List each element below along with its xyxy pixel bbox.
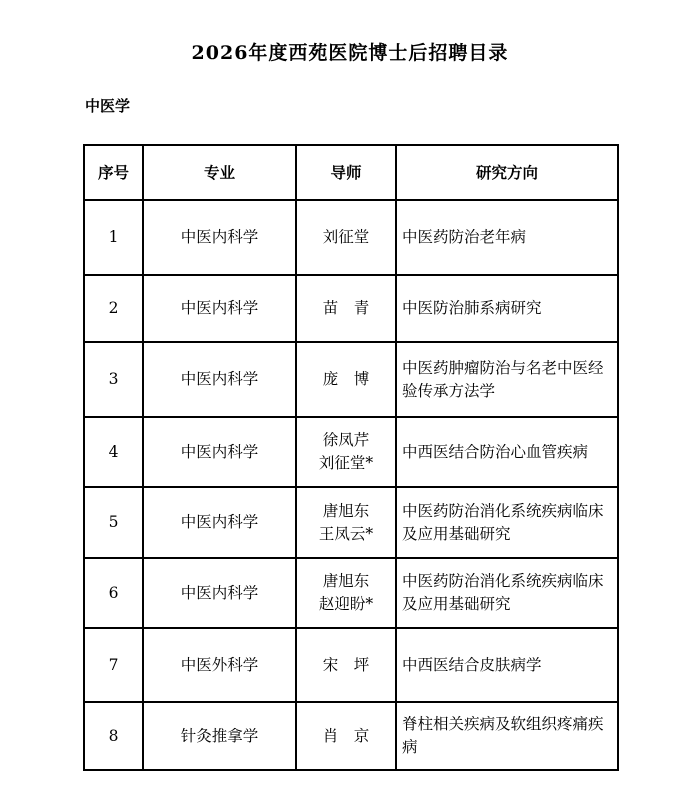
recruitment-table: 序号 专业 导师 研究方向 1 中医内科学 刘征堂 中医药防治老年病 2 中医内… — [83, 144, 619, 771]
cell-no: 8 — [84, 702, 143, 770]
cell-no: 3 — [84, 342, 143, 417]
cell-advisor: 唐旭东 赵迎盼* — [296, 558, 396, 628]
cell-direction: 中医药防治消化系统疾病临床及应用基础研究 — [396, 487, 618, 558]
cell-no: 4 — [84, 417, 143, 487]
cell-direction: 中西医结合皮肤病学 — [396, 628, 618, 702]
cell-advisor: 唐旭东 王凤云* — [296, 487, 396, 558]
cell-major: 中医内科学 — [143, 275, 296, 342]
cell-direction: 中医药肿瘤防治与名老中医经验传承方法学 — [396, 342, 618, 417]
cell-no: 2 — [84, 275, 143, 342]
cell-major: 中医外科学 — [143, 628, 296, 702]
cell-direction: 中医防治肺系病研究 — [396, 275, 618, 342]
page-title: 2026年度西苑医院博士后招聘目录 — [0, 0, 700, 63]
cell-no: 6 — [84, 558, 143, 628]
column-header-direction: 研究方向 — [396, 145, 618, 200]
column-header-advisor: 导师 — [296, 145, 396, 200]
cell-no: 7 — [84, 628, 143, 702]
table-row: 5 中医内科学 唐旭东 王凤云* 中医药防治消化系统疾病临床及应用基础研究 — [84, 487, 618, 558]
table-row: 1 中医内科学 刘征堂 中医药防治老年病 — [84, 200, 618, 275]
document-page: 2026年度西苑医院博士后招聘目录 中医学 序号 专业 导师 研究方向 1 中医… — [0, 0, 700, 771]
cell-direction: 中医药防治老年病 — [396, 200, 618, 275]
cell-direction: 中医药防治消化系统疾病临床及应用基础研究 — [396, 558, 618, 628]
column-header-major: 专业 — [143, 145, 296, 200]
table-row: 6 中医内科学 唐旭东 赵迎盼* 中医药防治消化系统疾病临床及应用基础研究 — [84, 558, 618, 628]
cell-advisor: 苗 青 — [296, 275, 396, 342]
cell-major: 中医内科学 — [143, 342, 296, 417]
cell-major: 中医内科学 — [143, 558, 296, 628]
cell-advisor: 刘征堂 — [296, 200, 396, 275]
cell-major: 中医内科学 — [143, 487, 296, 558]
cell-advisor: 宋 坪 — [296, 628, 396, 702]
table-row: 7 中医外科学 宋 坪 中西医结合皮肤病学 — [84, 628, 618, 702]
cell-major: 针灸推拿学 — [143, 702, 296, 770]
cell-major: 中医内科学 — [143, 417, 296, 487]
table-row: 2 中医内科学 苗 青 中医防治肺系病研究 — [84, 275, 618, 342]
section-label: 中医学 — [85, 99, 700, 114]
table-row: 8 针灸推拿学 肖 京 脊柱相关疾病及软组织疼痛疾病 — [84, 702, 618, 770]
cell-advisor: 徐凤芹 刘征堂* — [296, 417, 396, 487]
table-row: 4 中医内科学 徐凤芹 刘征堂* 中西医结合防治心血管疾病 — [84, 417, 618, 487]
cell-major: 中医内科学 — [143, 200, 296, 275]
cell-advisor: 庞 博 — [296, 342, 396, 417]
table-row: 3 中医内科学 庞 博 中医药肿瘤防治与名老中医经验传承方法学 — [84, 342, 618, 417]
cell-advisor: 肖 京 — [296, 702, 396, 770]
cell-no: 1 — [84, 200, 143, 275]
cell-direction: 脊柱相关疾病及软组织疼痛疾病 — [396, 702, 618, 770]
cell-direction: 中西医结合防治心血管疾病 — [396, 417, 618, 487]
column-header-no: 序号 — [84, 145, 143, 200]
table-header-row: 序号 专业 导师 研究方向 — [84, 145, 618, 200]
cell-no: 5 — [84, 487, 143, 558]
